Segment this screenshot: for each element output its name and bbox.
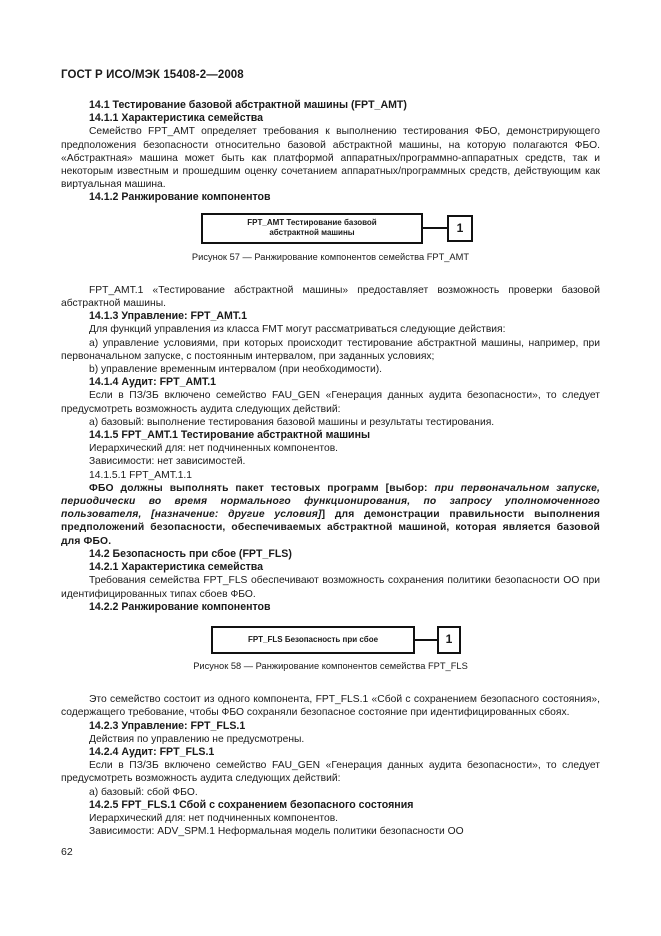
list-item: a) управление условиями, при которых про… bbox=[61, 337, 600, 363]
paragraph: Требования семейства FPT_FLS обеспечиваю… bbox=[61, 574, 600, 600]
component-box: FPT_FLS Безопасность при сбое bbox=[211, 626, 415, 654]
subsection-heading: 14.1.5 FPT_AMT.1 Тестирование абстрактно… bbox=[61, 429, 600, 442]
level-box: 1 bbox=[447, 215, 473, 242]
element-id: 14.1.5.1 FPT_AMT.1.1 bbox=[61, 469, 600, 482]
paragraph: FPT_AMT.1 «Тестирование абстрактной маши… bbox=[61, 284, 600, 310]
subsection-heading: 14.2.4 Аудит: FPT_FLS.1 bbox=[61, 746, 600, 759]
figure-caption: Рисунок 58 — Ранжирование компонентов се… bbox=[61, 660, 600, 673]
paragraph: Если в ПЗ/ЗБ включено семейство FAU_GEN … bbox=[61, 759, 600, 785]
subsection-heading: 14.1.1 Характеристика семейства bbox=[61, 112, 600, 125]
subsection-heading: 14.2.2 Ранжирование компонентов bbox=[61, 601, 600, 614]
level-box: 1 bbox=[437, 626, 461, 654]
requirement-text: ФБО должны выполнять пакет тестовых прог… bbox=[61, 482, 600, 548]
subsection-heading: 14.1.2 Ранжирование компонентов bbox=[61, 191, 600, 204]
subsection-heading: 14.2.5 FPT_FLS.1 Сбой с сохранением безо… bbox=[61, 799, 600, 812]
paragraph: Это семейство состоит из одного компонен… bbox=[61, 693, 600, 719]
paragraph: Семейство FPT_AMT определяет требования … bbox=[61, 125, 600, 191]
document-header: ГОСТ Р ИСО/МЭК 15408-2—2008 bbox=[61, 69, 244, 81]
subsection-heading: 14.1.4 Аудит: FPT_AMT.1 bbox=[61, 376, 600, 389]
paragraph: Действия по управлению не предусмотрены. bbox=[61, 733, 600, 746]
section-heading: 14.2 Безопасность при сбое (FPT_FLS) bbox=[61, 548, 600, 561]
page-number: 62 bbox=[61, 846, 73, 858]
figure-58-diagram: FPT_FLS Безопасность при сбое 1 bbox=[61, 626, 600, 656]
paragraph: Зависимости: ADV_SPM.1 Неформальная моде… bbox=[61, 825, 600, 838]
connector-line bbox=[423, 227, 447, 229]
document-body: 14.1 Тестирование базовой абстрактной ма… bbox=[61, 99, 600, 838]
figure-caption: Рисунок 57 — Ранжирование компонентов се… bbox=[61, 251, 600, 264]
list-item: a) базовый: сбой ФБО. bbox=[61, 786, 600, 799]
subsection-heading: 14.2.1 Характеристика семейства bbox=[61, 561, 600, 574]
list-item: a) базовый: выполнение тестирования базо… bbox=[61, 416, 600, 429]
paragraph: Иерархический для: нет подчиненных компо… bbox=[61, 442, 600, 455]
paragraph: Если в ПЗ/ЗБ включено семейство FAU_GEN … bbox=[61, 389, 600, 415]
component-box: FPT_AMT Тестирование базовой абстрактной… bbox=[201, 213, 423, 244]
connector-line bbox=[415, 639, 437, 641]
paragraph: Для функций управления из класса FMT мог… bbox=[61, 323, 600, 336]
list-item: b) управление временным интервалом (при … bbox=[61, 363, 600, 376]
section-heading: 14.1 Тестирование базовой абстрактной ма… bbox=[61, 99, 600, 112]
paragraph: Иерархический для: нет подчиненных компо… bbox=[61, 812, 600, 825]
paragraph: Зависимости: нет зависимостей. bbox=[61, 455, 600, 468]
subsection-heading: 14.2.3 Управление: FPT_FLS.1 bbox=[61, 720, 600, 733]
figure-57-diagram: FPT_AMT Тестирование базовой абстрактной… bbox=[61, 213, 600, 243]
subsection-heading: 14.1.3 Управление: FPT_AMT.1 bbox=[61, 310, 600, 323]
